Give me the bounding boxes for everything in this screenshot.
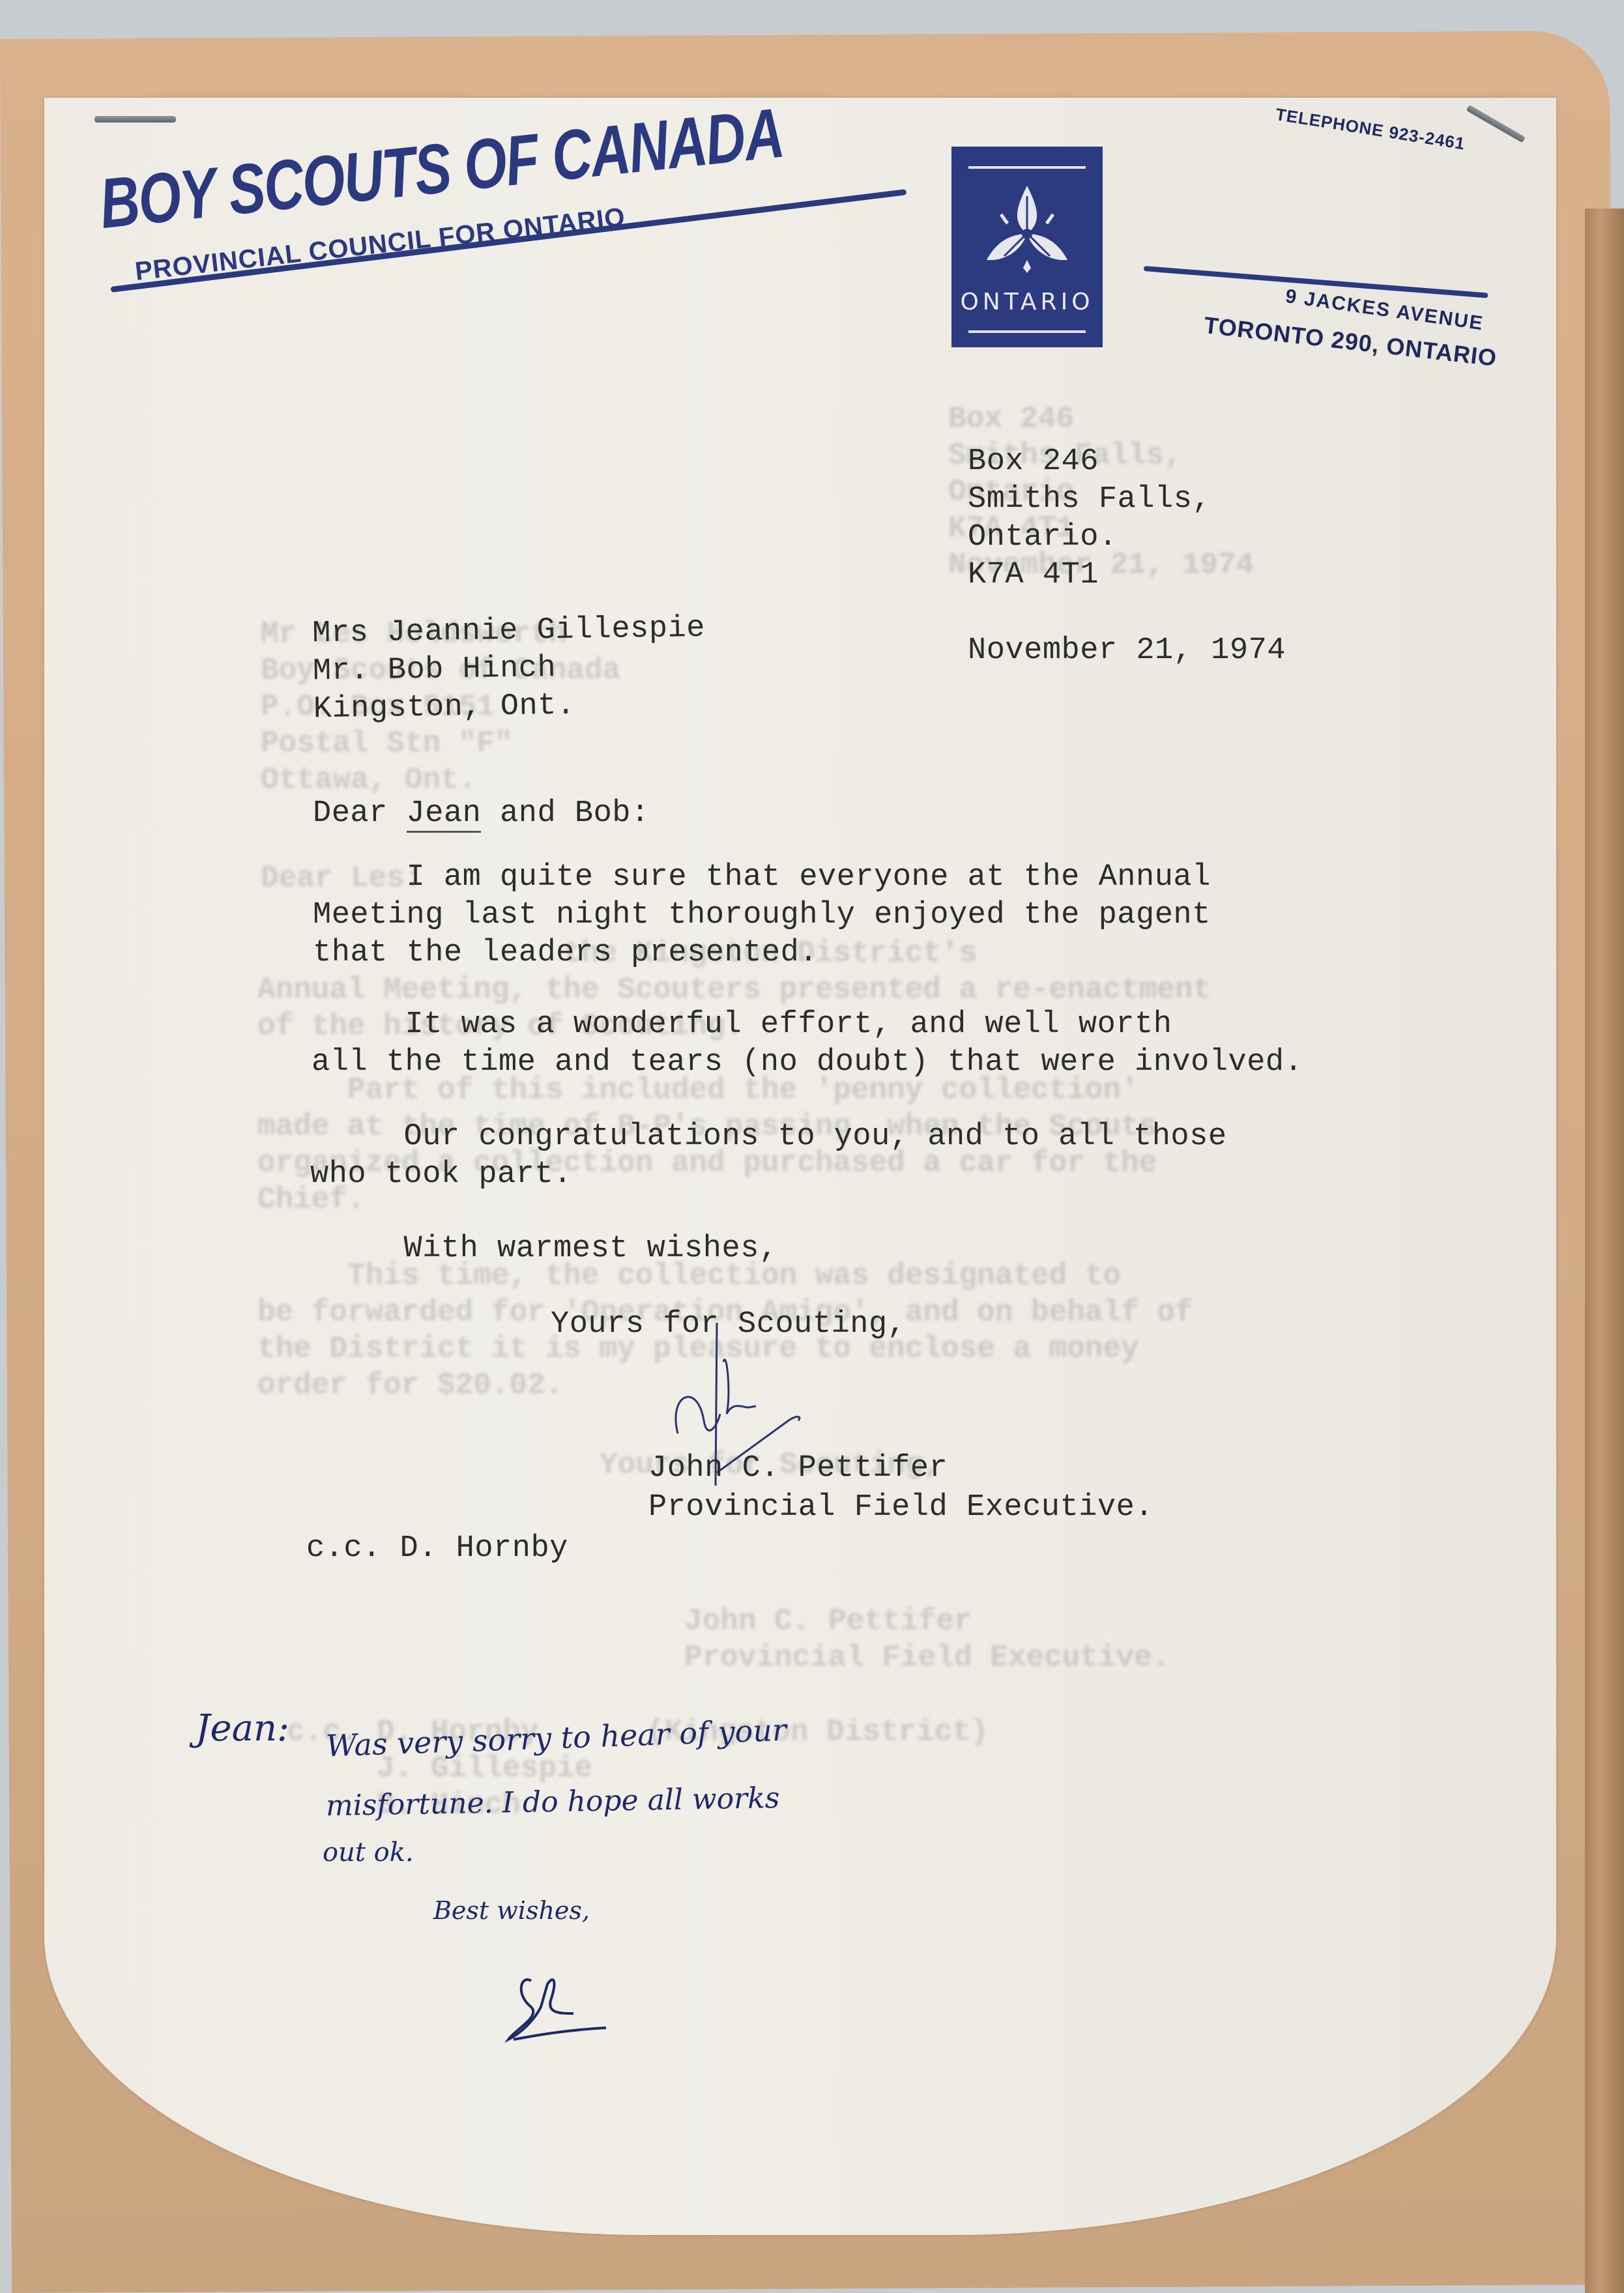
folder-pages-edge bbox=[1585, 209, 1624, 2293]
salutation-suffix: and Bob: bbox=[481, 796, 649, 831]
logo-rule-top bbox=[968, 166, 1086, 169]
closing-warmest-wishes: With warmest wishes, bbox=[310, 1230, 778, 1268]
logo-label: ONTARIO bbox=[951, 289, 1103, 315]
recipient-line1: Mrs Jeannie Gillespie bbox=[312, 611, 705, 651]
handwritten-initials-icon bbox=[495, 1968, 626, 2046]
body-paragraph-2: It was a wonderful effort, and well wort… bbox=[312, 1006, 1303, 1082]
recipient-line2: Mr. Bob Hinch bbox=[313, 651, 557, 689]
body-paragraph-1: I am quite sure that everyone at the Ann… bbox=[313, 859, 1211, 972]
salutation: Dear Jean and Bob: bbox=[313, 795, 650, 833]
sender-address-postal: K7A 4T1 bbox=[968, 558, 1099, 592]
handwritten-closing: Best wishes, bbox=[433, 1896, 590, 1925]
body-paragraph-3: Our congratulations to you, and to all t… bbox=[310, 1118, 1227, 1194]
handwritten-line-3: out ok. bbox=[323, 1838, 414, 1868]
logo-rule-bottom bbox=[968, 330, 1086, 333]
sender-address-line2: Smiths Falls, bbox=[968, 482, 1211, 517]
recipient-address: Mrs Jeannie Gillespie Mr. Bob Hinch King… bbox=[312, 610, 706, 728]
sender-address: Box 246 Smiths Falls, Ontario. K7A 4T1 bbox=[968, 443, 1211, 594]
signatory-title: Provincial Field Executive. bbox=[648, 1489, 1153, 1527]
signatory-name: John C. Pettifer bbox=[648, 1450, 948, 1488]
letter-date: November 21, 1974 bbox=[968, 632, 1286, 670]
handwritten-greeting: Jean: bbox=[196, 1707, 289, 1750]
trillium-icon bbox=[981, 183, 1073, 274]
sender-address-line3: Ontario. bbox=[968, 520, 1118, 555]
sender-address-line1: Box 246 bbox=[968, 444, 1099, 479]
ghost-signature-name: John C. Pettifer Provincial Field Execut… bbox=[684, 1603, 1170, 1676]
ontario-logo: ONTARIO bbox=[951, 147, 1103, 347]
salutation-prefix: Dear bbox=[313, 796, 407, 831]
staple-left-icon bbox=[94, 116, 176, 123]
carbon-copy: c.c. D. Hornby bbox=[306, 1530, 568, 1568]
recipient-line3: Kingston, Ont. bbox=[313, 689, 575, 727]
salutation-name-underlined: Jean bbox=[407, 796, 482, 833]
